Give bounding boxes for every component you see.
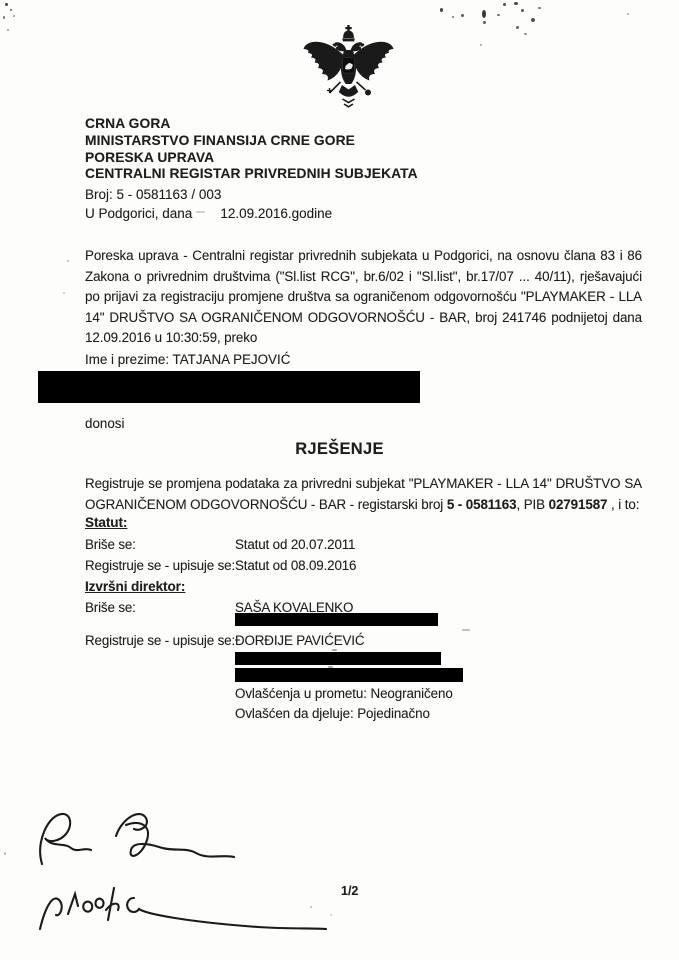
place-date-line: U Podgorici, dana12.09.2016.godine [85,205,418,224]
decision-paragraph: Registruje se promjena podataka za privr… [85,473,642,515]
decision-title: RJEŠENJE [0,440,679,459]
section-heading-direktor: Izvršni direktor: [85,579,185,594]
authority-line-2: Ovlašćen da djeluje: Pojedinačno [235,706,430,721]
registry-name: CENTRALNI REGISTAR PRIVREDNIH SUBJEKATA [85,166,418,183]
redaction-bar [235,652,441,665]
statut-new-value: Statut od 08.09.2016 [235,558,356,573]
administration-name: PORESKA UPRAVA [85,150,418,167]
scanned-document-page: CRNA GORA MINISTARSTVO FINANSIJA CRNE GO… [0,0,679,960]
decision-text: , i to: [607,497,639,512]
decision-text: , PIB [516,497,548,512]
redaction-bar [38,371,420,403]
redaction-bar [235,668,463,682]
country-name: CRNA GORA [85,116,418,133]
registruje-se-label: Registruje se - upisuje se: [85,633,235,648]
statut-brise-row: Briše se:Statut od 20.07.2011 [85,537,355,552]
registruje-se-label: Registruje se - upisuje se: [85,558,235,573]
section-heading-statut: Statut: [85,515,127,530]
document-date: 12.09.2016.godine [220,206,332,221]
officer-name-line: Ime i prezime: TATJANA PEJOVIĆ [85,352,290,367]
ministry-name: MINISTARSTVO FINANSIJA CRNE GORE [85,133,418,150]
intro-paragraph: Poreska uprava - Centralni registar priv… [85,246,642,349]
redaction-bar [235,613,438,626]
statut-registruje-row: Registruje se - upisuje se:Statut od 08.… [85,558,356,573]
montenegro-coat-of-arms-icon [300,25,397,117]
handwritten-signature [28,798,360,940]
direktor-registruje-row: Registruje se - upisuje se:ĐORĐIJE PAVIĆ… [85,633,364,648]
statut-old-value: Statut od 20.07.2011 [235,537,355,552]
direktor-new-value: ĐORĐIJE PAVIĆEVIĆ [235,633,364,648]
case-number: Broj: 5 - 0581163 / 003 [85,186,418,205]
letterhead: CRNA GORA MINISTARSTVO FINANSIJA CRNE GO… [85,116,418,223]
brise-se-label: Briše se: [85,600,235,615]
donosi-line: donosi [85,416,124,431]
pib-number: 02791587 [549,497,608,512]
brise-se-label: Briše se: [85,537,235,552]
registration-number: 5 - 0581163 [447,497,517,512]
authority-line-1: Ovlašćenja u prometu: Neograničeno [235,686,453,701]
place-date-label: U Podgorici, dana [85,206,192,221]
page-number: 1/2 [341,884,358,898]
